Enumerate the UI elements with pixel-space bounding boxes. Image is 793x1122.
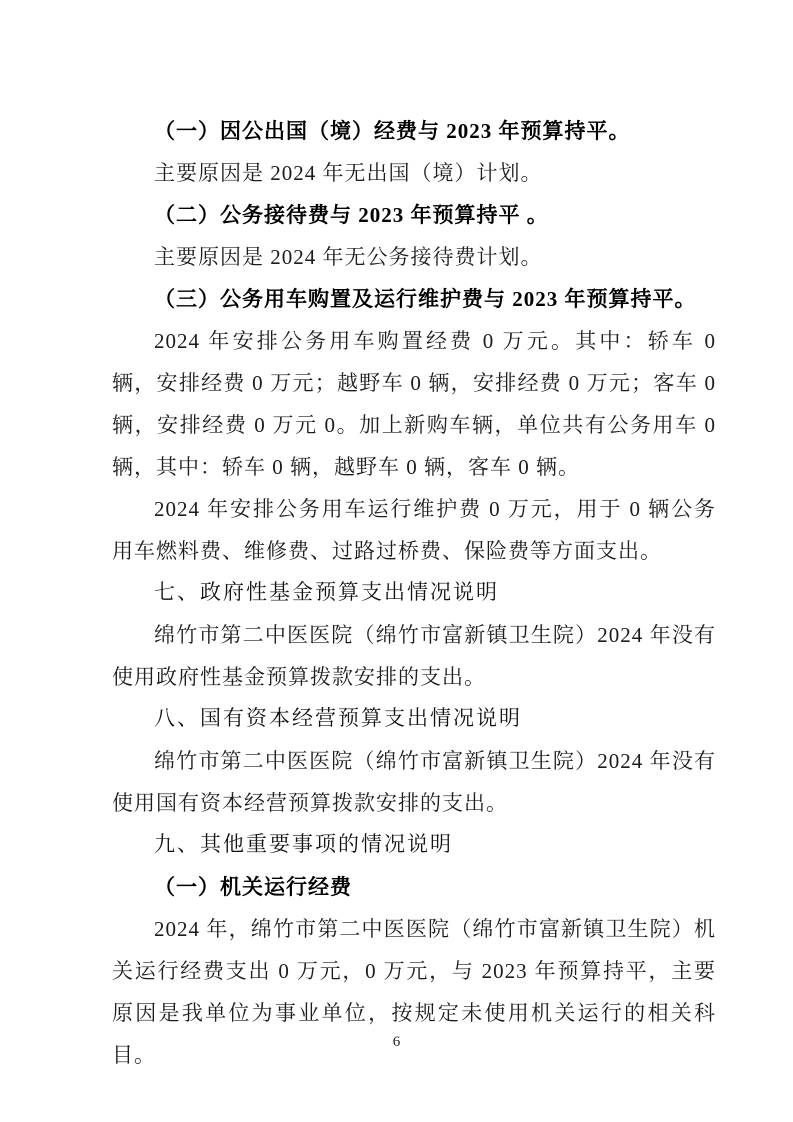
document-body: （一）因公出国（境）经费与 2023 年预算持平。主要原因是 2024 年无出国… [112, 110, 716, 1076]
document-page: （一）因公出国（境）经费与 2023 年预算持平。主要原因是 2024 年无出国… [0, 0, 793, 1122]
section-heading: 七、政府性基金预算支出情况说明 [112, 572, 716, 614]
section-heading: （三）公务用车购置及运行维护费与 2023 年预算持平。 [112, 278, 716, 320]
section-heading: 九、其他重要事项的情况说明 [112, 824, 716, 866]
paragraph: 绵竹市第二中医医院（绵竹市富新镇卫生院）2024 年没有使用政府性基金预算拨款安… [112, 614, 716, 698]
paragraph: 主要原因是 2024 年无公务接待费计划。 [112, 236, 716, 278]
paragraph: 主要原因是 2024 年无出国（境）计划。 [112, 152, 716, 194]
page-number: 6 [0, 1034, 793, 1051]
section-heading: （二）公务接待费与 2023 年预算持平 。 [112, 194, 716, 236]
section-heading: （一）机关运行经费 [112, 866, 716, 908]
paragraph: 2024 年安排公务用车购置经费 0 万元。其中：轿车 0 辆，安排经费 0 万… [112, 320, 716, 488]
paragraph: 绵竹市第二中医医院（绵竹市富新镇卫生院）2024 年没有使用国有资本经营预算拨款… [112, 740, 716, 824]
section-heading: 八、国有资本经营预算支出情况说明 [112, 698, 716, 740]
section-heading: （一）因公出国（境）经费与 2023 年预算持平。 [112, 110, 716, 152]
paragraph: 2024 年安排公务用车运行维护费 0 万元，用于 0 辆公务用车燃料费、维修费… [112, 488, 716, 572]
